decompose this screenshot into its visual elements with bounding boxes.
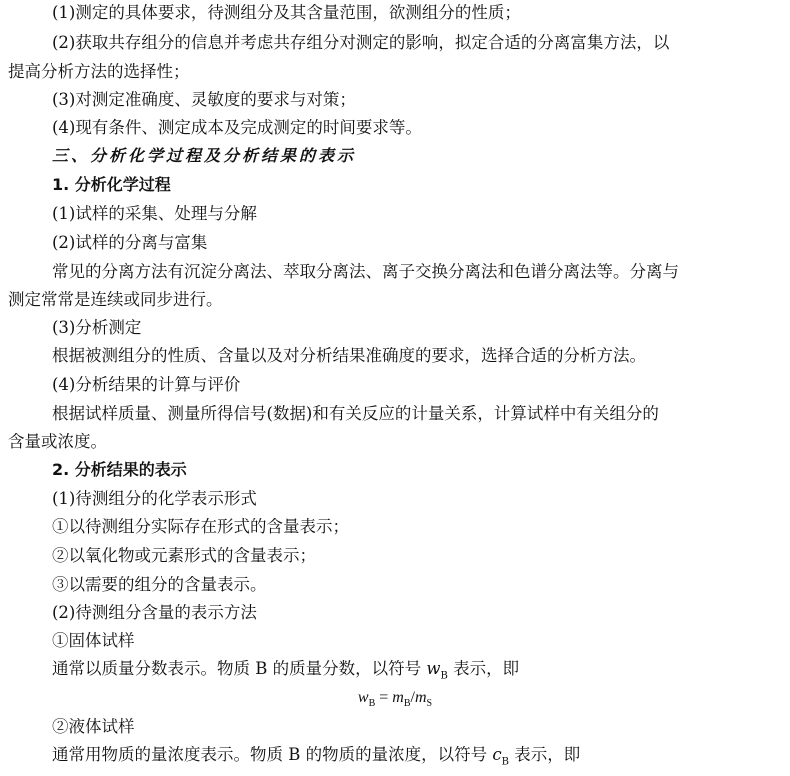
concentration-symbol: cB — [492, 745, 509, 764]
solid-sample-desc: 通常以质量分数表示。物质 B 的质量分数，以符号 wB 表示，即 — [52, 659, 519, 686]
requirement-2-line-1: (2)获取共存组分的信息并考虑共存组分对测定的影响，拟定合适的分离富集方法，以 — [52, 33, 669, 53]
result-item-1-c: ③以需要的组分的含量表示。 — [52, 575, 267, 595]
result-item-2: (2)待测组分含量的表示方法 — [52, 603, 257, 623]
subsection-2-heading: 2. 分析结果的表示 — [52, 460, 187, 480]
requirement-3: (3)对测定准确度、灵敏度的要求与对策； — [52, 90, 356, 110]
solid-sample-desc-pre: 通常以质量分数表示。物质 B 的质量分数，以符号 — [52, 659, 426, 678]
section-heading: 三、分析化学过程及分析结果的表示 — [52, 146, 356, 166]
result-item-2-a: ①固体试样 — [52, 631, 135, 651]
liquid-sample-desc: 通常用物质的量浓度表示。物质 B 的物质的量浓度，以符号 cB 表示，即 — [52, 745, 580, 772]
requirement-1: (1)测定的具体要求，待测组分及其含量范围，欲测组分的性质； — [52, 3, 521, 23]
process-item-3: (3)分析测定 — [52, 318, 141, 338]
process-item-4-desc-line-1: 根据试样质量、测量所得信号(数据)和有关反应的计量关系，计算试样中有关组分的 — [52, 404, 659, 424]
mass-fraction-formula: wB = mB/mS — [0, 688, 790, 714]
liquid-sample-desc-post: 表示，即 — [509, 745, 580, 764]
requirement-4: (4)现有条件、测定成本及完成测定的时间要求等。 — [52, 118, 422, 138]
process-item-1: (1)试样的采集、处理与分解 — [52, 204, 257, 224]
mass-fraction-symbol: wB — [426, 659, 447, 678]
process-item-2: (2)试样的分离与富集 — [52, 233, 207, 253]
process-item-2-desc-line-1: 常见的分离方法有沉淀分离法、萃取分离法、离子交换分离法和色谱分离法等。分离与 — [52, 262, 679, 282]
process-item-2-desc-line-2: 测定常常是连续或同步进行。 — [8, 290, 223, 310]
requirement-2-line-2: 提高分析方法的选择性； — [8, 62, 190, 82]
document-page: (1)测定的具体要求，待测组分及其含量范围，欲测组分的性质； (2)获取共存组分… — [0, 0, 790, 776]
liquid-sample-desc-pre: 通常用物质的量浓度表示。物质 B 的物质的量浓度，以符号 — [52, 745, 492, 764]
result-item-1-a: ①以待测组分实际存在形式的含量表示； — [52, 517, 349, 537]
result-item-1: (1)待测组分的化学表示形式 — [52, 489, 257, 509]
process-item-3-desc: 根据被测组分的性质、含量以及对分析结果准确度的要求，选择合适的分析方法。 — [52, 346, 646, 366]
solid-sample-desc-post: 表示，即 — [448, 659, 519, 678]
result-item-1-b: ②以氧化物或元素形式的含量表示； — [52, 546, 316, 566]
subsection-1-heading: 1. 分析化学过程 — [52, 175, 171, 195]
process-item-4: (4)分析结果的计算与评价 — [52, 375, 240, 395]
process-item-4-desc-line-2: 含量或浓度。 — [8, 432, 107, 452]
result-item-2-b: ②液体试样 — [52, 717, 135, 737]
